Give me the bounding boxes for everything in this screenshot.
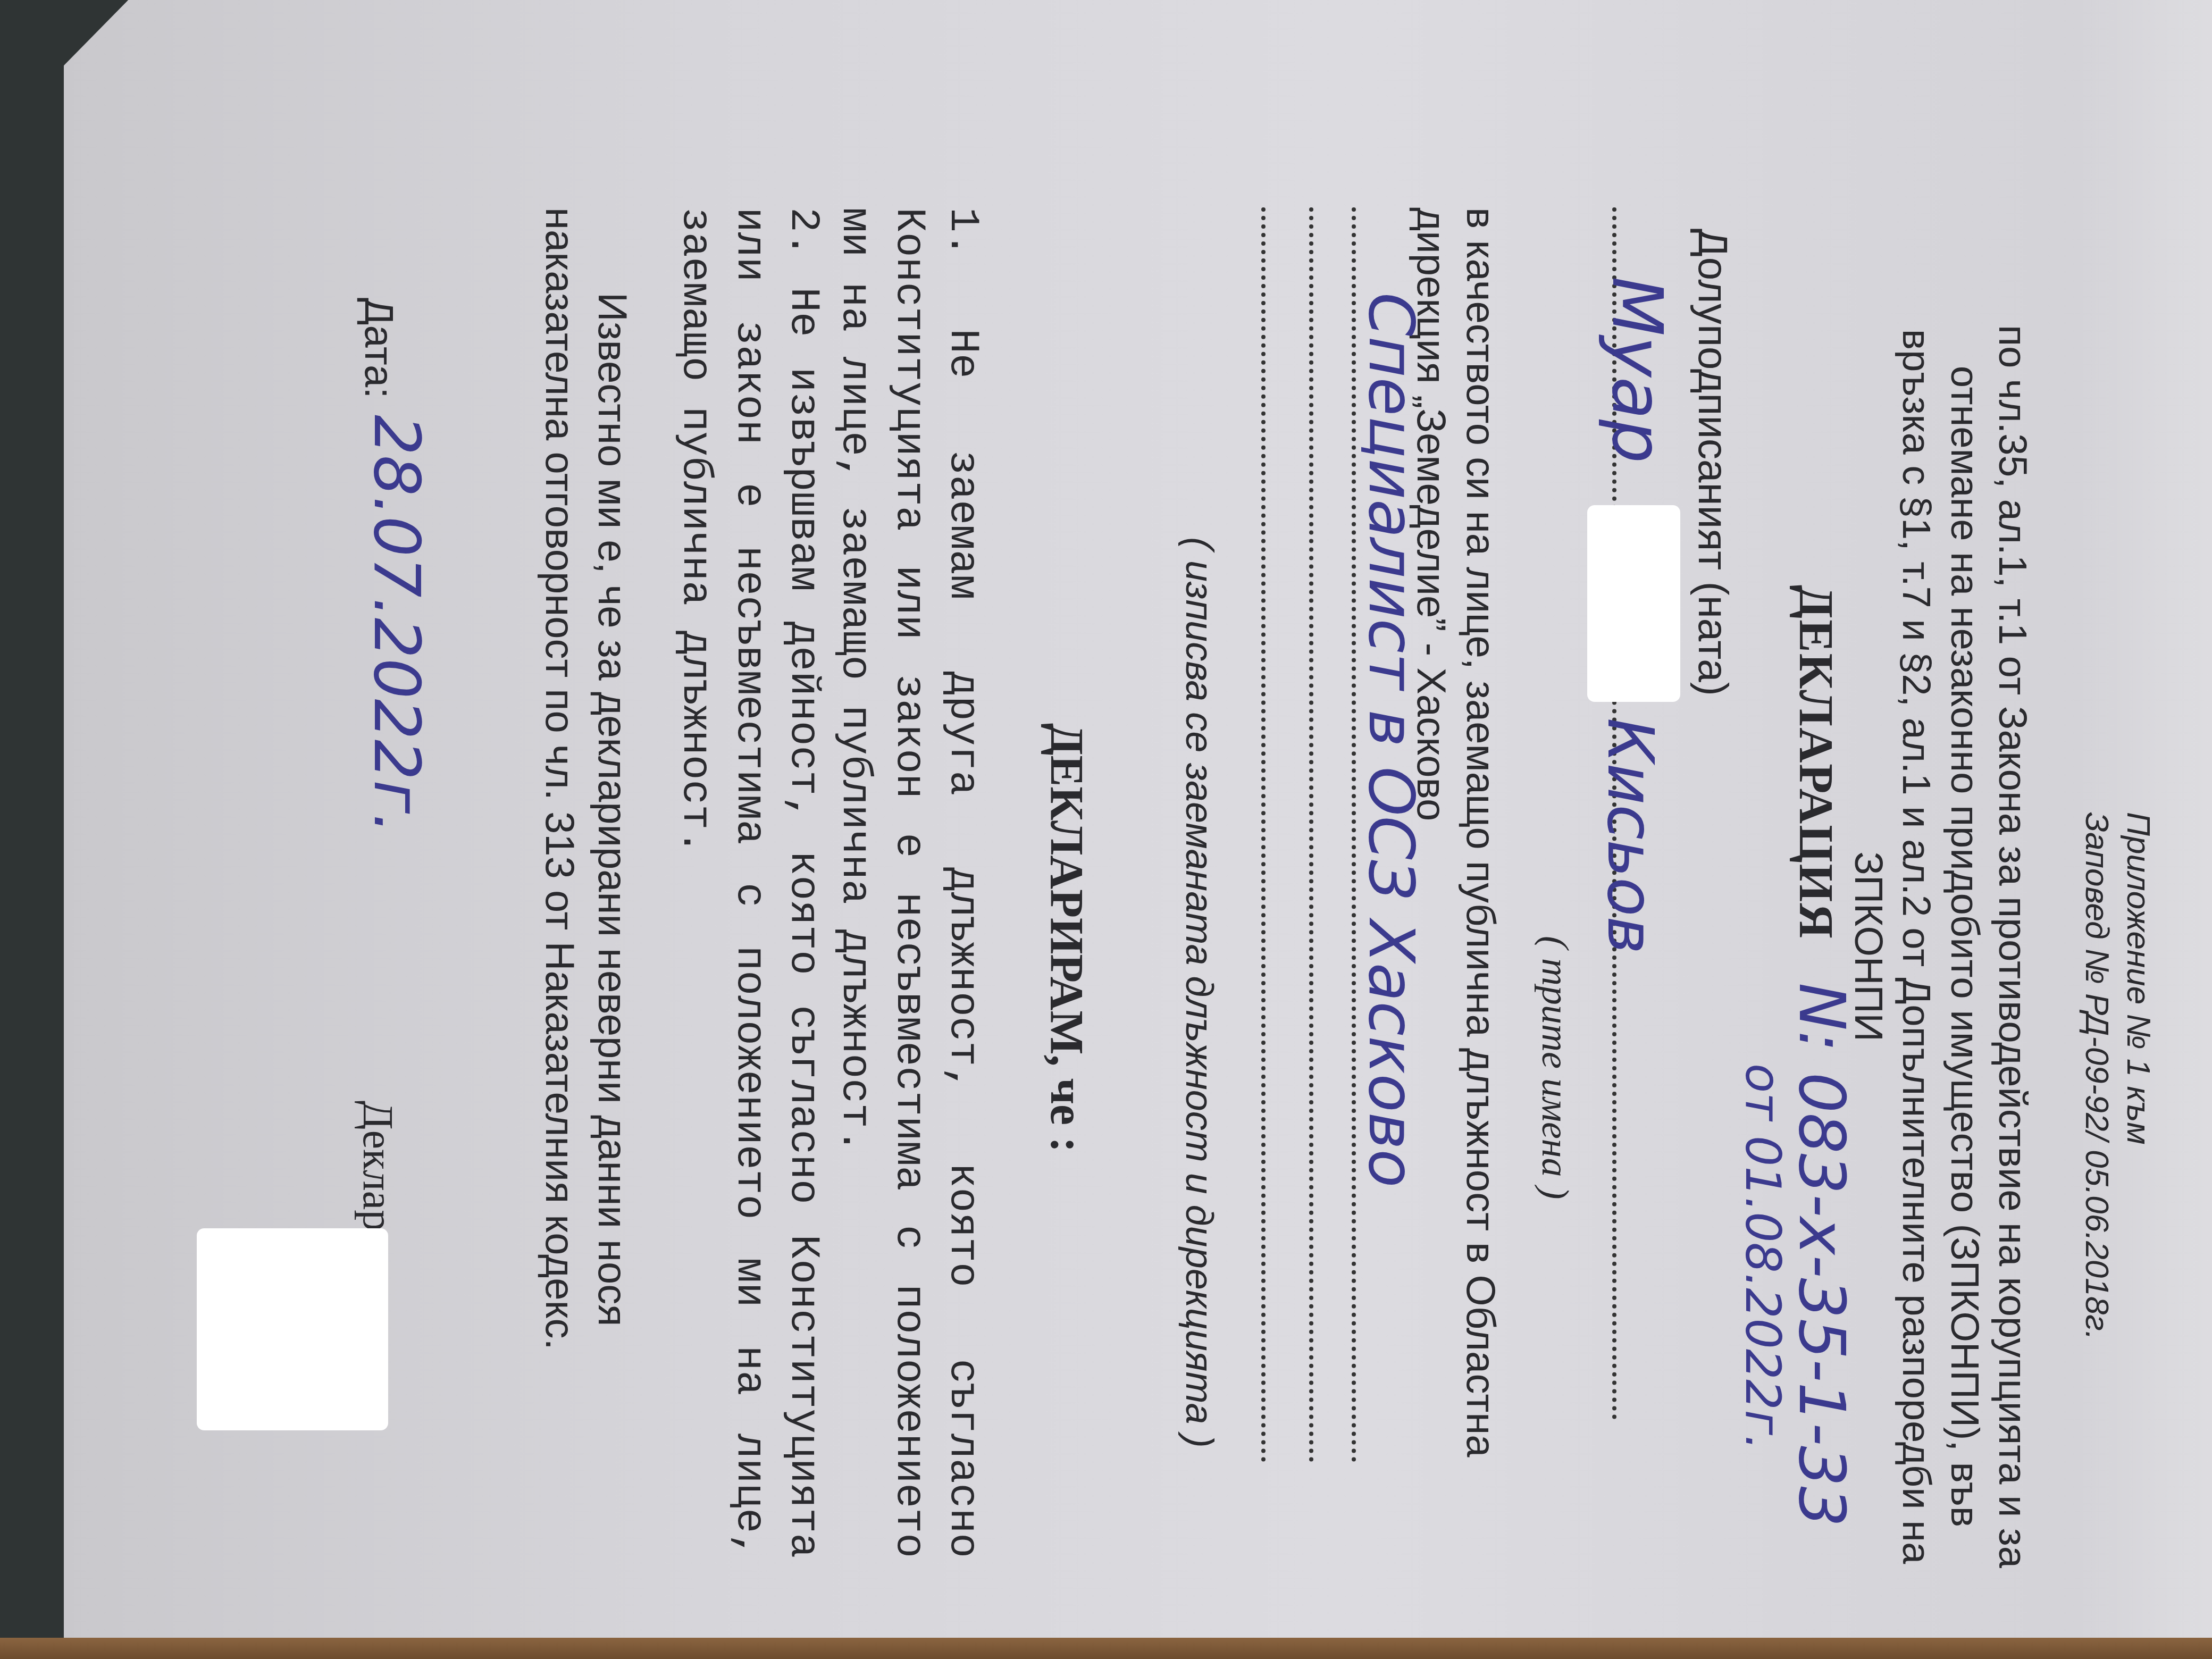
declare-heading: ДЕКЛАРИРАМ, че : [1037, 723, 1095, 1152]
redacted-middle-name [1587, 505, 1680, 702]
item-text: Не извършвам дейност, която съгласно Кон… [672, 207, 826, 1558]
liability-notice: Известно ми е, че за декларирани неверни… [533, 207, 638, 1558]
legal-reference: по чл.35, ал.1, т.1 от Закона за противо… [1845, 308, 2037, 1585]
names-hint: ( трите имена ) [1531, 936, 1579, 1200]
item-number: 2. [780, 207, 826, 257]
position-dotted-line-2 [1309, 207, 1313, 1462]
desk-surface [0, 1638, 2212, 1659]
date-handwritten: 28.07.2022г. [356, 415, 436, 834]
date-label: Дата: [354, 298, 404, 398]
position-hint: ( изписва се заеманата длъжност и дирекц… [1175, 537, 1223, 1448]
position-handwritten: Специалист в ОСЗ Хасково [1352, 292, 1431, 1187]
declaration-item: 1. Не заемам друга длъжност, която съгла… [827, 207, 989, 1558]
declaration-number: N: 083-х-35-1-33 [1784, 983, 1858, 1527]
redacted-signature [197, 1228, 388, 1430]
signatory-label: Долуподписаният (ната) [1687, 229, 1739, 696]
first-name-handwritten: Муар [1594, 276, 1681, 463]
declaration-document: Приложение № 1 към Заповед № РД-09-92/ 0… [191, 138, 2159, 1616]
title-row: ДЕКЛАРАЦИЯ N: 083-х-35-1-33 от 01.08.202… [1781, 585, 1861, 1527]
declaration-date: от 01.08.2022г. [1732, 1063, 1792, 1450]
position-dotted-line-3 [1261, 207, 1266, 1462]
annex-reference: Приложение № 1 към Заповед № РД-09-92/ 0… [2076, 812, 2159, 1340]
declaration-item: 2. Не извършвам дейност, която съгласно … [668, 207, 829, 1558]
item-text: Не заемам друга длъжност, която съгласно… [831, 207, 986, 1558]
last-name-handwritten: Кисьов [1590, 718, 1670, 954]
annex-line-2: Заповед № РД-09-92/ 05.06.2018г. [2076, 812, 2118, 1340]
document-title: ДЕКЛАРАЦИЯ [1789, 585, 1844, 940]
item-number: 1. [939, 207, 986, 257]
annex-line-1: Приложение № 1 към [2118, 812, 2159, 1340]
